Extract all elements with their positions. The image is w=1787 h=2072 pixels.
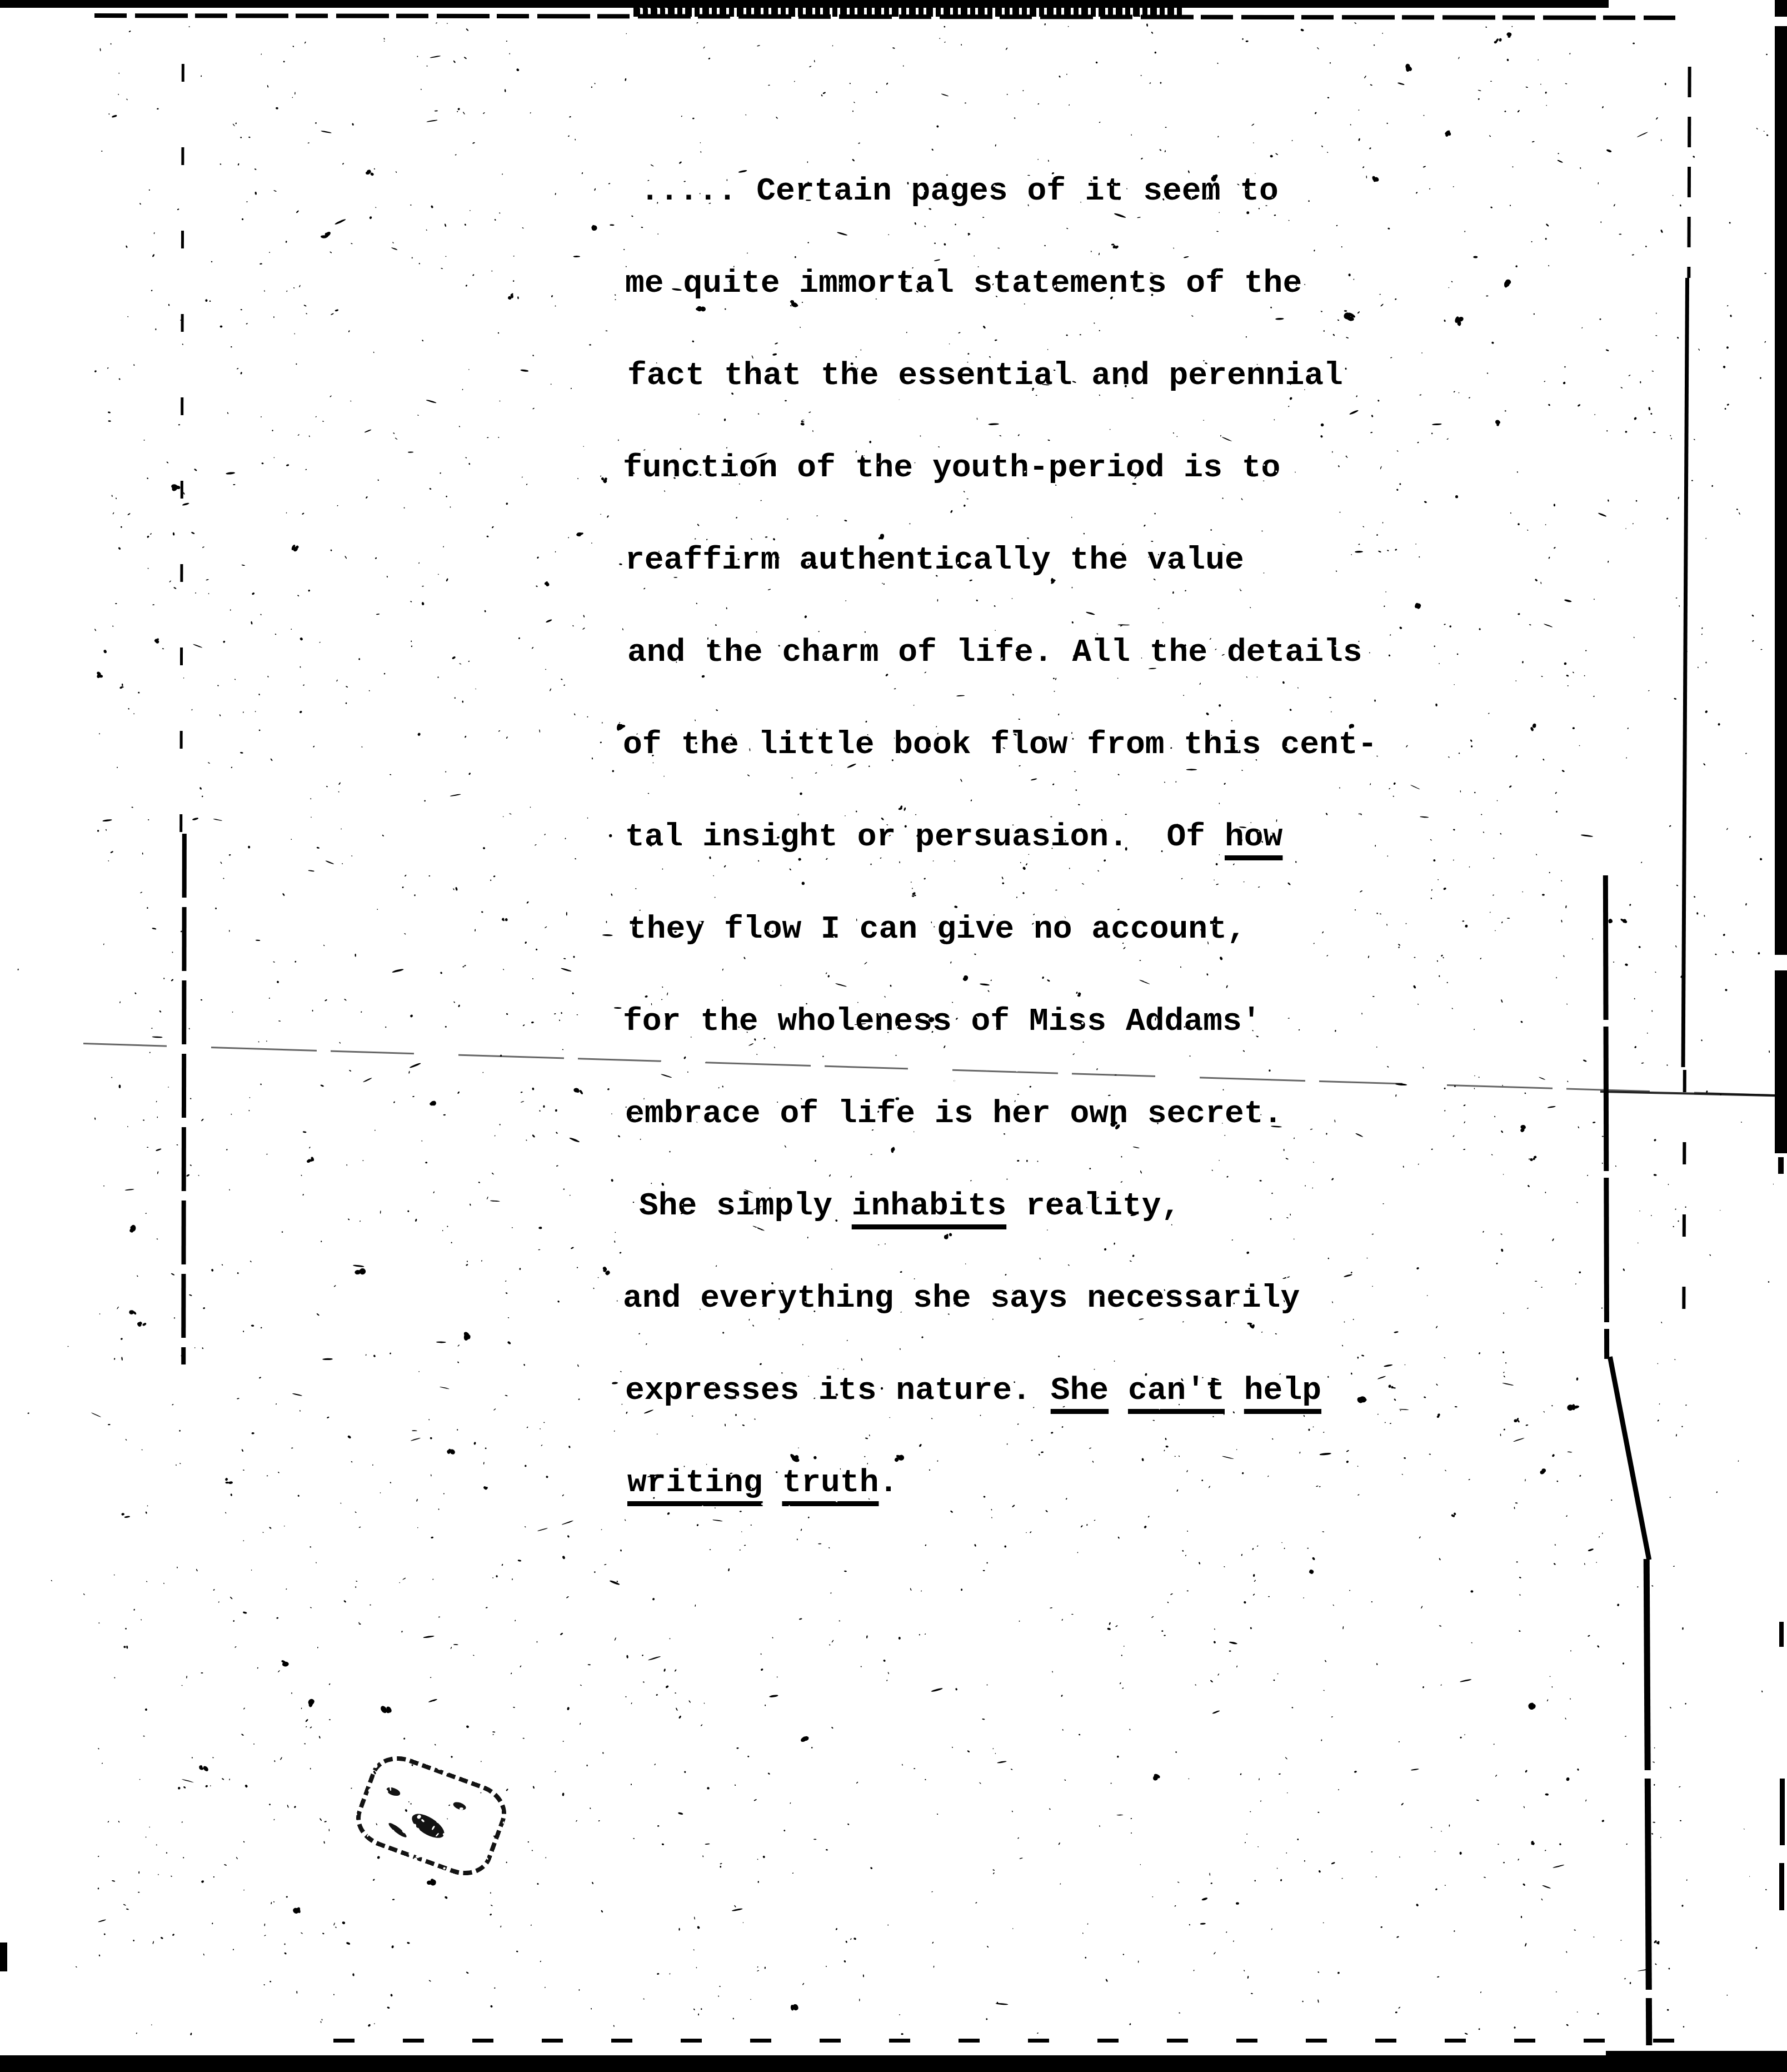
text-segment: of the little book flow from this cent- xyxy=(623,727,1377,763)
text-segment: me quite immortal statements of the xyxy=(625,266,1302,302)
typewritten-line: of the little book flow from this cent- xyxy=(623,699,1377,791)
page-right-edge-line xyxy=(1687,67,1691,278)
ink-stamp-blob xyxy=(452,1801,467,1811)
typewritten-line: me quite immortal statements of the xyxy=(625,238,1379,330)
text-segment: . xyxy=(878,1465,898,1501)
scan-right-edge-notch xyxy=(1775,17,1787,26)
scan-left-edge-mark xyxy=(0,1942,7,1971)
typewritten-line: ..... Certain pages of it seem to xyxy=(623,146,1377,238)
page-right-edge-line xyxy=(1681,278,1689,1067)
page-right-edge-line-inner xyxy=(1603,875,1609,1359)
text-segment: She simply xyxy=(639,1188,852,1224)
text-segment: ..... Certain pages of it seem to xyxy=(640,173,1279,210)
scan-top-edge-bar xyxy=(0,0,1609,8)
underlined-text-segment: help xyxy=(1244,1373,1321,1409)
typewritten-line: fact that the essential and perennial xyxy=(627,330,1381,422)
scan-bottom-edge-bar xyxy=(1606,2051,1787,2072)
horizontal-crease-line xyxy=(1600,1090,1787,1097)
typewritten-line: they flow I can give no account, xyxy=(627,884,1381,976)
typewritten-line: She simply inhabits reality, xyxy=(627,1160,1381,1253)
ink-stamp xyxy=(348,1747,514,1884)
scan-right-edge-fragment xyxy=(1779,1622,1784,1647)
underlined-text-segment: can't xyxy=(1128,1373,1225,1409)
scan-right-edge-notch xyxy=(1775,955,1787,970)
scan-right-edge-bar xyxy=(1775,0,1787,1153)
typewritten-line: expresses its nature. She can't help xyxy=(625,1345,1379,1437)
page-right-edge-line xyxy=(1682,1070,1686,1337)
typewritten-line: function of the youth-period is to xyxy=(623,422,1377,515)
text-segment: and everything she says necessarily xyxy=(623,1281,1300,1317)
text-segment: function of the youth-period is to xyxy=(623,450,1280,486)
text-segment xyxy=(763,1465,782,1501)
ink-stamp-blob xyxy=(408,1809,448,1842)
typewritten-text-block: ..... Certain pages of it seem tome quit… xyxy=(625,146,1379,1530)
text-segment: reaffirm authentically the value xyxy=(625,542,1244,579)
scan-top-broken-rule xyxy=(94,13,1675,20)
typewritten-line: tal insight or persuasion. Of how xyxy=(625,791,1379,884)
ink-stamp-blob xyxy=(385,1786,401,1797)
page-left-edge-line xyxy=(179,64,184,834)
text-segment: reality, xyxy=(1006,1188,1180,1224)
text-segment: expresses its nature. xyxy=(625,1373,1051,1409)
scan-right-edge-fragment xyxy=(1780,1779,1785,1845)
typewritten-line: and the charm of life. All the details xyxy=(627,607,1381,699)
scan-right-edge-fragment xyxy=(1778,1157,1784,1174)
text-segment xyxy=(1225,1373,1244,1409)
scan-top-streak-band xyxy=(633,0,1184,17)
scan-right-edge-fragment xyxy=(1779,1863,1784,1910)
scan-bottom-broken-rule xyxy=(333,2039,1700,2043)
typewritten-line: and everything she says necessarily xyxy=(623,1253,1377,1345)
underlined-text-segment: how xyxy=(1225,819,1282,855)
text-segment: embrace of life is her own secret. xyxy=(625,1096,1282,1132)
text-segment: and the charm of life. All the details xyxy=(627,635,1362,671)
text-segment: they flow I can give no account, xyxy=(627,912,1246,948)
scanned-page: ..... Certain pages of it seem tome quit… xyxy=(0,0,1787,2072)
page-right-edge-line-inner xyxy=(1608,1356,1651,1560)
text-segment: tal insight or persuasion. Of xyxy=(625,819,1225,855)
ink-stamp-blob xyxy=(387,1821,408,1840)
typewritten-line: writing truth. xyxy=(627,1437,1381,1530)
scan-bottom-edge-bar xyxy=(0,2055,1787,2072)
page-left-edge-line xyxy=(181,834,187,1364)
text-segment: for the wholeness of Miss Addams' xyxy=(623,1004,1261,1040)
underlined-text-segment: She xyxy=(1051,1373,1109,1409)
text-segment xyxy=(1109,1373,1128,1409)
underlined-text-segment: inhabits xyxy=(852,1188,1006,1224)
underlined-text-segment: truth xyxy=(782,1465,878,1501)
text-segment: fact that the essential and perennial xyxy=(627,358,1343,394)
page-right-edge-line-inner xyxy=(1644,1559,1653,2045)
typewritten-line: reaffirm authentically the value xyxy=(625,515,1379,607)
typewritten-line: embrace of life is her own secret. xyxy=(625,1068,1379,1160)
typewritten-line: for the wholeness of Miss Addams' xyxy=(623,976,1377,1068)
underlined-text-segment: writing xyxy=(627,1465,763,1501)
